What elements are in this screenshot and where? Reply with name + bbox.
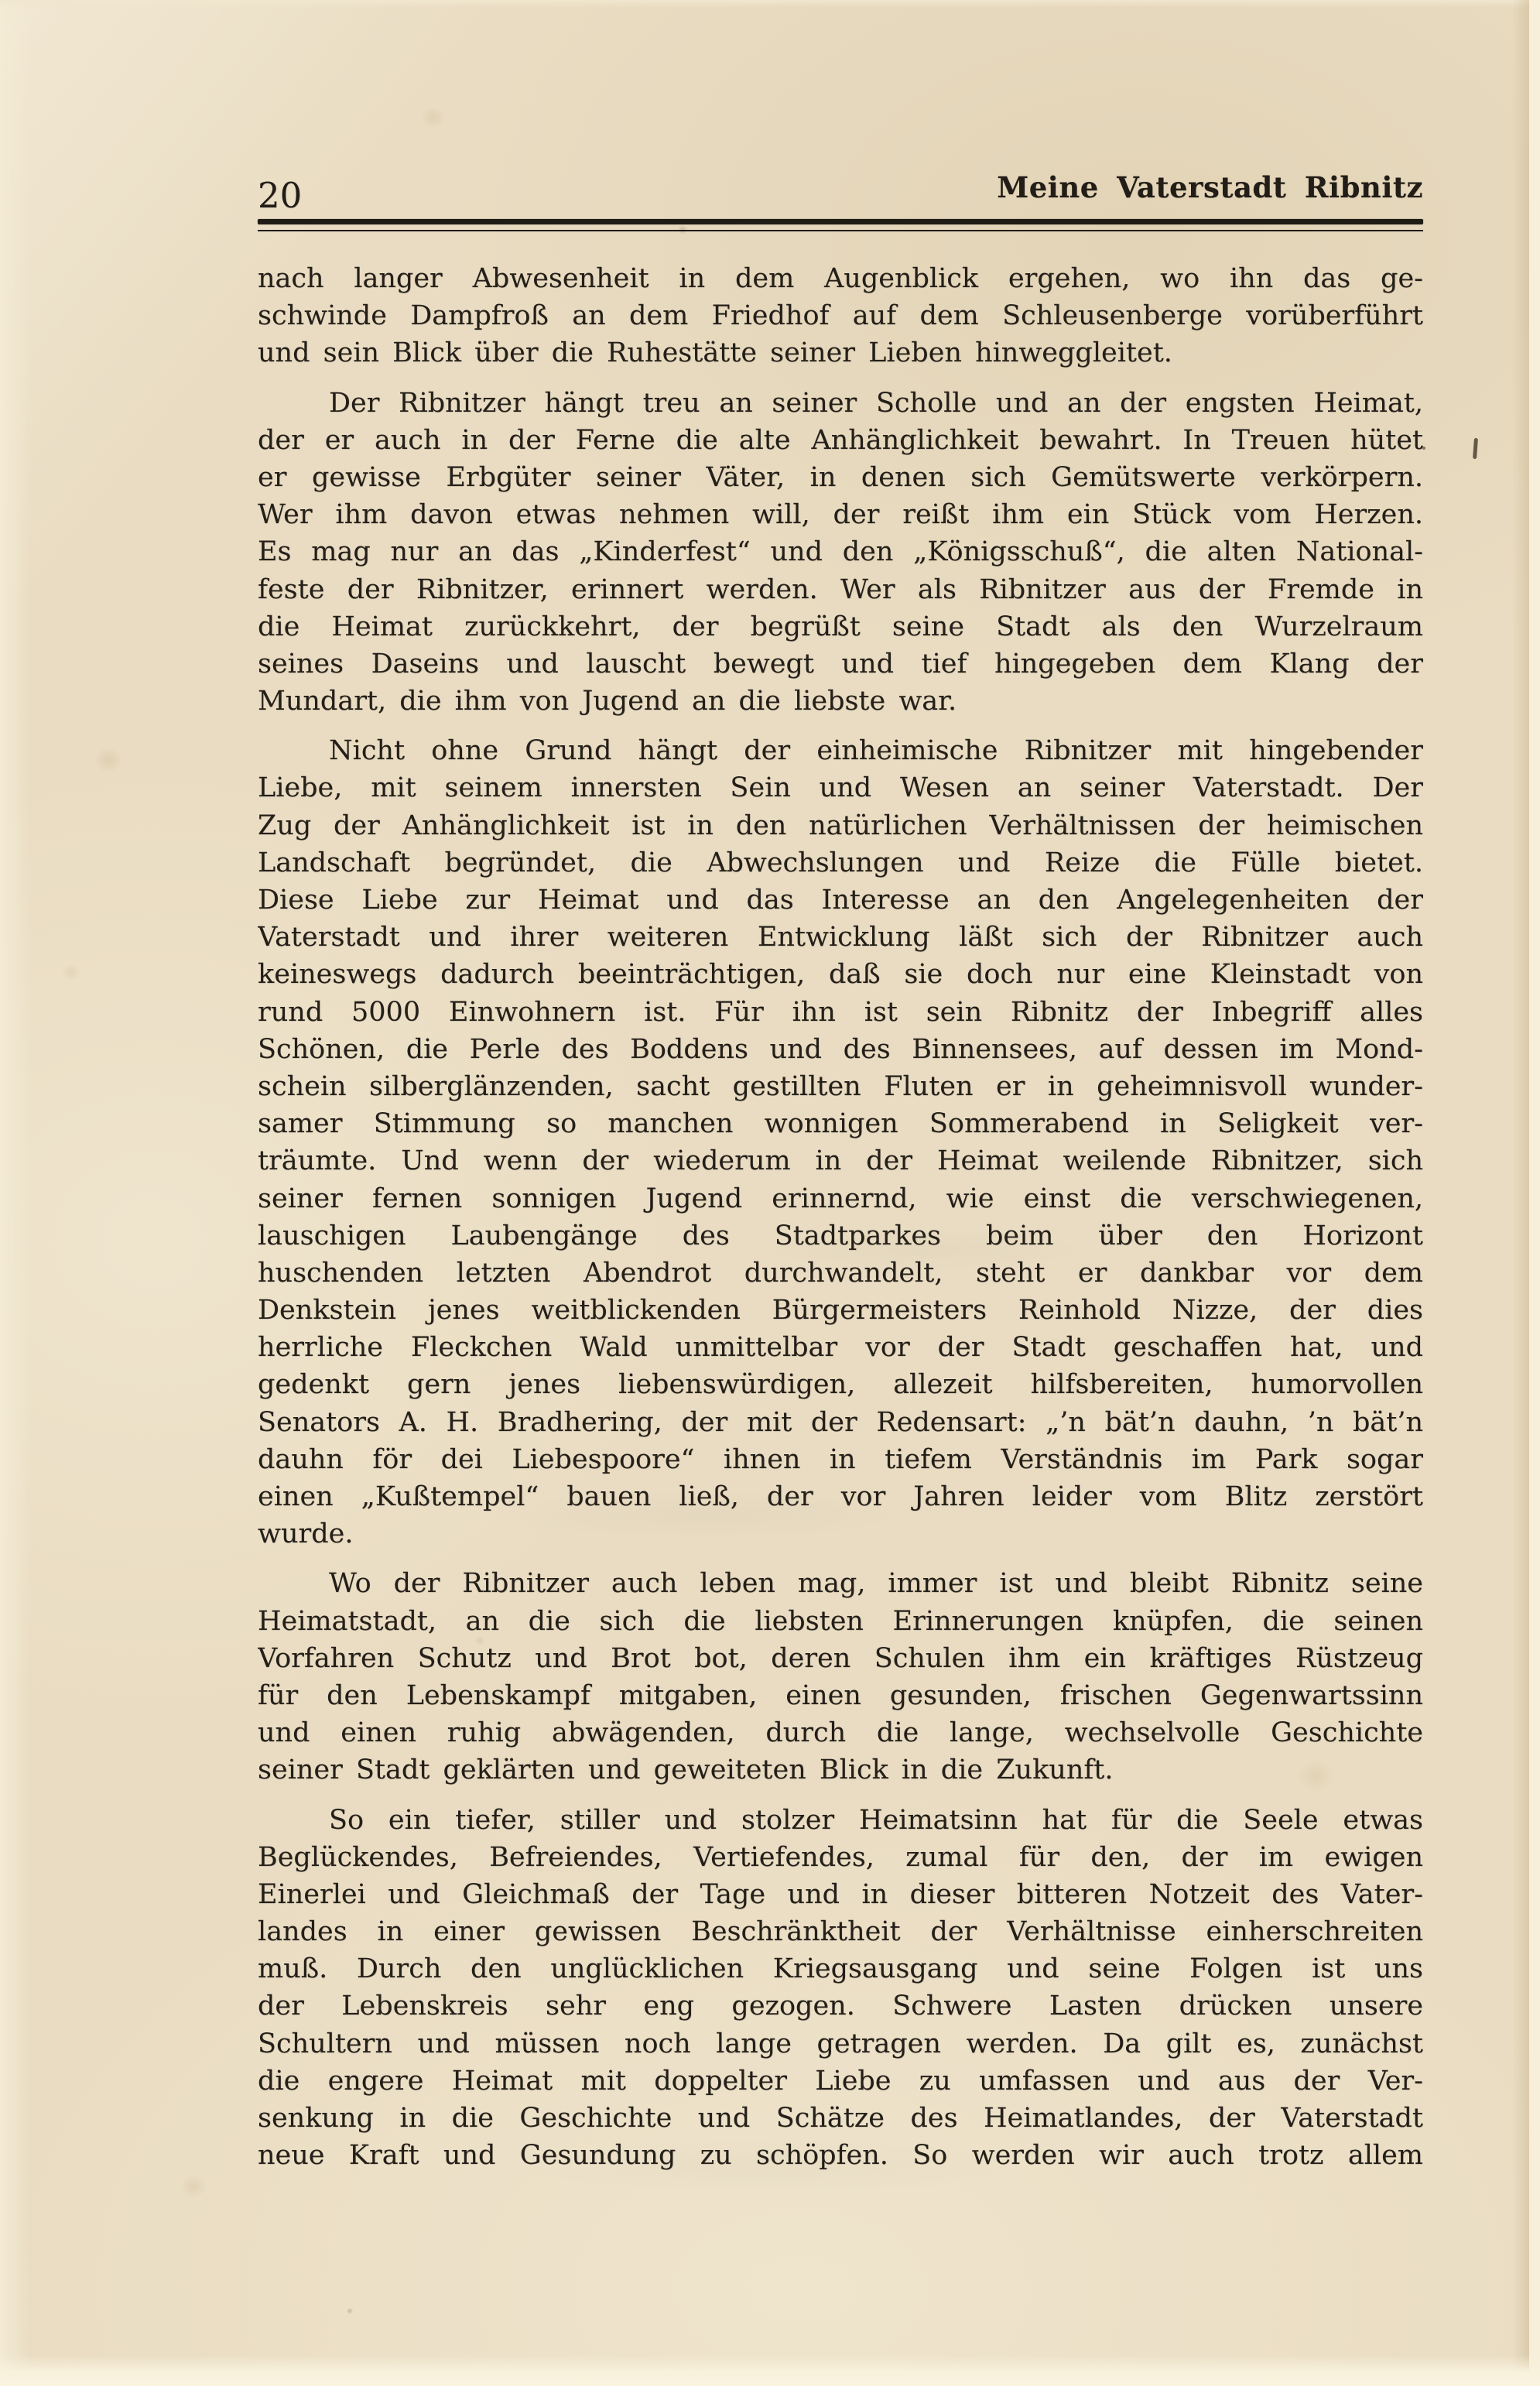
scan-edge-left xyxy=(0,0,31,2386)
text-line: nach langer Abwesenheit in dem Augenblic… xyxy=(258,260,1423,297)
text-line: wurde. xyxy=(258,1515,1423,1552)
text-line: Senators A. H. Bradhering, der mit der R… xyxy=(258,1404,1423,1441)
scan-edge-top xyxy=(0,0,1540,8)
paragraph: Wo der Ribnitzer auch leben mag, immer i… xyxy=(258,1565,1423,1789)
text-line: muß. Durch den unglücklichen Kriegsausga… xyxy=(258,1950,1423,1987)
paragraph: Nicht ohne Grund hängt der einheimische … xyxy=(258,732,1423,1552)
scanned-book-page: 20 Meine Vaterstadt Ribnitz nach langer … xyxy=(0,0,1540,2386)
text-line: neue Kraft und Gesundung zu schöpfen. So… xyxy=(258,2137,1423,2174)
paragraph: nach langer Abwesenheit in dem Augenblic… xyxy=(258,260,1423,372)
text-line: Mundart, die ihm von Jugend an die liebs… xyxy=(258,683,1423,720)
text-line: Landschaft begründet, die Abwechslungen … xyxy=(258,844,1423,881)
text-line: er gewisse Erbgüter seiner Väter, in den… xyxy=(258,459,1423,496)
text-line: und sein Blick über die Ruhestätte seine… xyxy=(258,334,1423,371)
text-line: schwinde Dampfroß an dem Friedhof auf de… xyxy=(258,297,1423,334)
text-line: samer Stimmung so manchen wonnigen Somme… xyxy=(258,1105,1423,1142)
text-line: und einen ruhig abwägenden, durch die la… xyxy=(258,1714,1423,1751)
text-line: schein silberglänzenden, sacht gestillte… xyxy=(258,1068,1423,1105)
text-line: lauschigen Laubengänge des Stadtparkes b… xyxy=(258,1217,1423,1255)
text-line: seines Daseins und lauscht bewegt und ti… xyxy=(258,645,1423,683)
text-line: So ein tiefer, stiller und stolzer Heima… xyxy=(258,1802,1423,1839)
header-rule-thin xyxy=(258,230,1423,231)
text-line: huschenden letzten Abendrot durchwandelt… xyxy=(258,1255,1423,1292)
text-line: Vorfahren Schutz und Brot bot, deren Sch… xyxy=(258,1640,1423,1677)
text-line: dauhn för dei Liebespoore“ ihnen in tief… xyxy=(258,1441,1423,1478)
text-line: Schultern und müssen noch lange getragen… xyxy=(258,2025,1423,2063)
text-line: Der Ribnitzer hängt treu an seiner Schol… xyxy=(258,385,1423,422)
text-line: einen „Kußtempel“ bauen ließ, der vor Ja… xyxy=(258,1478,1423,1515)
text-line: keineswegs dadurch beeinträchtigen, daß … xyxy=(258,956,1423,993)
text-line: Beglückendes, Befreiendes, Vertiefendes,… xyxy=(258,1839,1423,1876)
text-line: landes in einer gewissen Beschränktheit … xyxy=(258,1913,1423,1950)
text-line: herrliche Fleckchen Wald unmittelbar vor… xyxy=(258,1329,1423,1366)
text-line: für den Lebenskampf mitgaben, einen gesu… xyxy=(258,1677,1423,1714)
text-line: seiner fernen sonnigen Jugend erinnernd,… xyxy=(258,1180,1423,1217)
text-line: der Lebenskreis sehr eng gezogen. Schwer… xyxy=(258,1987,1423,2025)
text-line: feste der Ribnitzer, erinnert werden. We… xyxy=(258,571,1423,608)
scan-edge-bottom xyxy=(0,2355,1540,2386)
text-line: Heimatstadt, an die sich die liebsten Er… xyxy=(258,1603,1423,1640)
paragraph: Der Ribnitzer hängt treu an seiner Schol… xyxy=(258,385,1423,721)
text-line: rund 5000 Einwohnern ist. Für ihn ist se… xyxy=(258,994,1423,1031)
text-line: senkung in die Geschichte und Schätze de… xyxy=(258,2100,1423,2137)
text-line: träumte. Und wenn der wiederum in der He… xyxy=(258,1142,1423,1179)
text-line: Es mag nur an das „Kinderfest“ und den „… xyxy=(258,533,1423,570)
text-line: Liebe, mit seinem innersten Sein und Wes… xyxy=(258,769,1423,806)
text-line: die engere Heimat mit doppelter Liebe zu… xyxy=(258,2063,1423,2100)
text-line: Diese Liebe zur Heimat und das Interesse… xyxy=(258,881,1423,919)
body-text: nach langer Abwesenheit in dem Augenblic… xyxy=(258,260,1423,2186)
margin-ink-dot xyxy=(1422,447,1425,450)
text-line: Zug der Anhänglichkeit ist in den natürl… xyxy=(258,807,1423,844)
text-line: Denkstein jenes weitblickenden Bürgermei… xyxy=(258,1292,1423,1329)
scan-edge-right xyxy=(1529,0,1540,2386)
paragraph: So ein tiefer, stiller und stolzer Heima… xyxy=(258,1802,1423,2175)
text-line: Nicht ohne Grund hängt der einheimische … xyxy=(258,732,1423,769)
text-line: der er auch in der Ferne die alte Anhäng… xyxy=(258,422,1423,459)
text-line: Schönen, die Perle des Boddens und des B… xyxy=(258,1031,1423,1068)
text-line: Vaterstadt und ihrer weiteren Entwicklun… xyxy=(258,919,1423,956)
header-rule-thick xyxy=(258,219,1423,224)
page-edge-shadow xyxy=(1512,0,1529,2386)
running-header-title: Meine Vaterstadt Ribnitz xyxy=(258,172,1423,203)
text-line: die Heimat zurückkehrt, der begrüßt sein… xyxy=(258,608,1423,645)
text-line: Wer ihm davon etwas nehmen will, der rei… xyxy=(258,496,1423,533)
margin-ink-mark xyxy=(1473,438,1478,459)
text-line: Einerlei und Gleichmaß der Tage und in d… xyxy=(258,1876,1423,1913)
text-line: gedenkt gern jenes liebenswürdigen, alle… xyxy=(258,1366,1423,1403)
text-line: seiner Stadt geklärten und geweiteten Bl… xyxy=(258,1751,1423,1789)
text-line: Wo der Ribnitzer auch leben mag, immer i… xyxy=(258,1565,1423,1602)
